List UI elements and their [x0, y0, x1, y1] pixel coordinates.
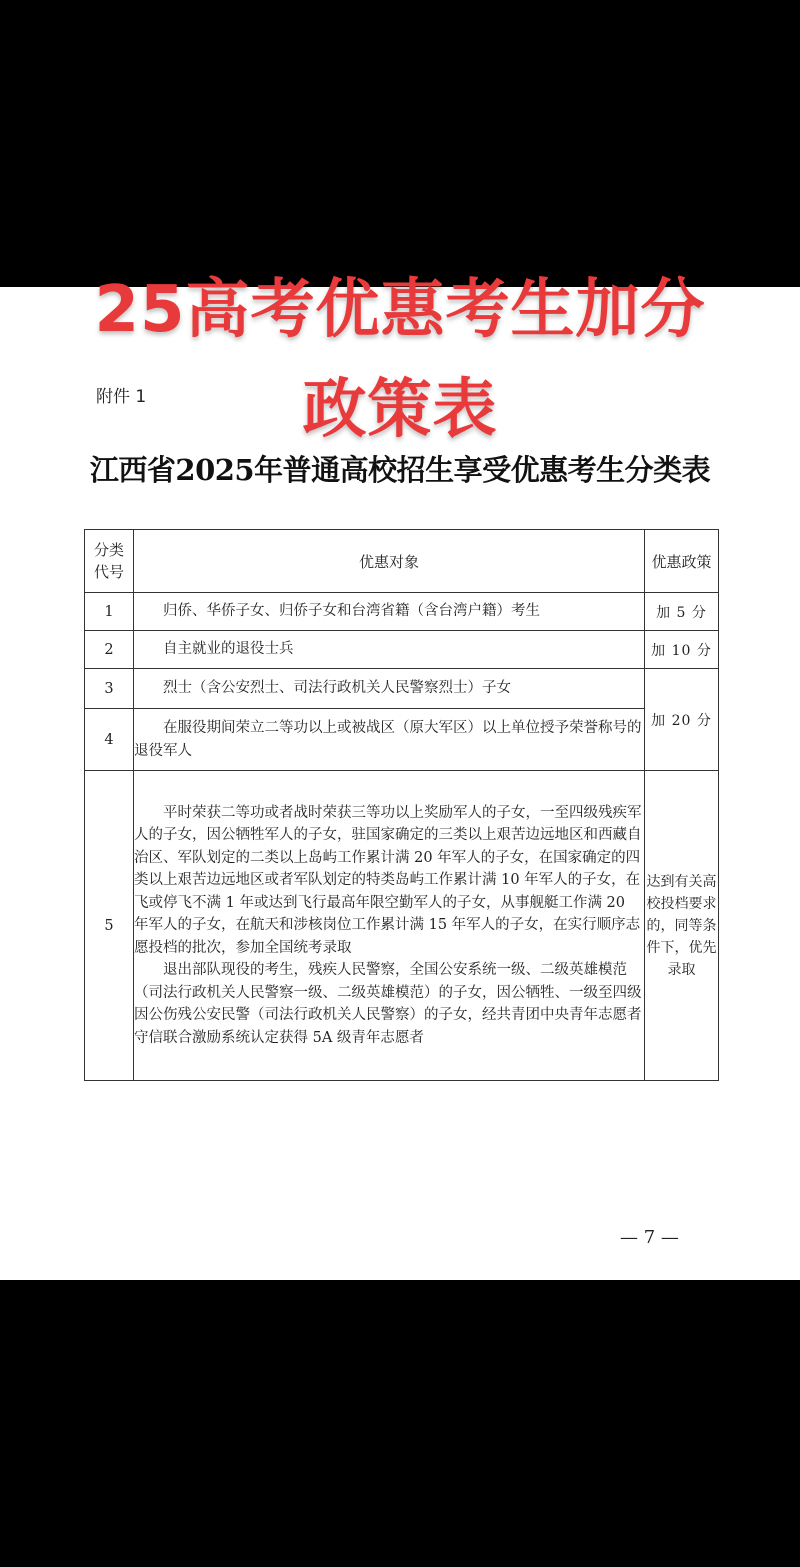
row-code: 2: [85, 631, 134, 669]
row-policy: 加 5 分: [645, 593, 719, 631]
row-code: 3: [85, 669, 134, 709]
table-header-row: 分类 代号 优惠对象 优惠政策: [85, 530, 719, 593]
row-code: 4: [85, 709, 134, 771]
table-row: 4 在服役期间荣立二等功以上或被战区（原大军区）以上单位授予荣誉称号的退役军人: [85, 709, 719, 771]
table-row: 5 平时荣获二等功或者战时荣获三等功以上奖励军人的子女，一至四级残疾军人的子女，…: [85, 771, 719, 1081]
row-target: 烈士（含公安烈士、司法行政机关人民警察烈士）子女: [134, 669, 645, 709]
table-row: 1 归侨、华侨子女、归侨子女和台湾省籍（含台湾户籍）考生 加 5 分: [85, 593, 719, 631]
row-policy: 达到有关高校投档要求的，同等条件下，优先录取: [645, 771, 719, 1081]
table-row: 3 烈士（含公安烈士、司法行政机关人民警察烈士）子女 加 20 分: [85, 669, 719, 709]
row-target: 自主就业的退役士兵: [134, 631, 645, 669]
row-target: 平时荣获二等功或者战时荣获三等功以上奖励军人的子女，一至四级残疾军人的子女，因公…: [134, 771, 645, 1081]
overlay-title-line1: 25高考优惠考生加分: [0, 270, 800, 350]
row-target: 归侨、华侨子女、归侨子女和台湾省籍（含台湾户籍）考生: [134, 593, 645, 631]
row-target-para1: 平时荣获二等功或者战时荣获三等功以上奖励军人的子女，一至四级残疾军人的子女，因公…: [134, 802, 644, 960]
header-policy: 优惠政策: [645, 530, 719, 593]
page-number: — 7 —: [620, 1227, 679, 1248]
row-code: 1: [85, 593, 134, 631]
attachment-label: 附件 1: [96, 382, 146, 407]
document-title: 江西省2025年普通高校招生享受优惠考生分类表: [0, 448, 800, 489]
policy-table: 分类 代号 优惠对象 优惠政策 1 归侨、华侨子女、归侨子女和台湾省籍（含台湾户…: [84, 529, 719, 1081]
header-code: 分类 代号: [85, 530, 134, 593]
row-target: 在服役期间荣立二等功以上或被战区（原大军区）以上单位授予荣誉称号的退役军人: [134, 709, 645, 771]
row-target-para2: 退出部队现役的考生，残疾人民警察，全国公安系统一级、二级英雄模范（司法行政机关人…: [134, 959, 644, 1049]
row-policy-merged: 加 20 分: [645, 669, 719, 771]
row-policy: 加 10 分: [645, 631, 719, 669]
row-code: 5: [85, 771, 134, 1081]
table-row: 2 自主就业的退役士兵 加 10 分: [85, 631, 719, 669]
header-target: 优惠对象: [134, 530, 645, 593]
